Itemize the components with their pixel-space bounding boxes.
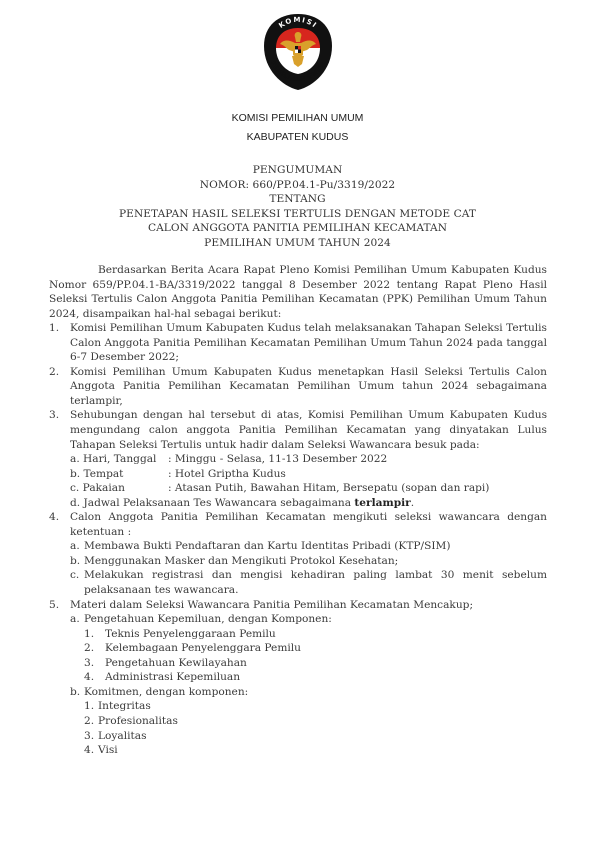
- material-group: a. Pengetahuan Kepemiluan, dengan Kompon…: [70, 612, 547, 627]
- intro-paragraph: Berdasarkan Berita Acara Rapat Pleno Kom…: [49, 263, 547, 321]
- requirement-item: b. Menggunakan Masker dan Mengikuti Prot…: [70, 554, 547, 569]
- institution-name: KOMISI PEMILIHAN UMUM: [0, 112, 595, 124]
- detail-row-date: a. Hari, Tanggal : Minggu - Selasa, 11-1…: [70, 452, 547, 467]
- item-text: Komisi Pemilihan Umum Kabupaten Kudus me…: [70, 366, 547, 407]
- material-group: b. Komitmen, dengan komponen:: [70, 685, 547, 700]
- detail-key: c. Pakaian: [70, 481, 168, 496]
- detail-value: : Minggu - Selasa, 11-13 Desember 2022: [168, 452, 547, 467]
- requirement-item: a. Membawa Bukti Pendaftaran dan Kartu I…: [70, 539, 547, 554]
- kpu-garuda-emblem-icon: KOMISI PEMILIHAN UMUM: [262, 12, 334, 92]
- item-text: Materi dalam Seleksi Wawancara Panitia P…: [70, 599, 473, 611]
- detail-key: a. Hari, Tanggal: [70, 452, 168, 467]
- detail-key: b. Tempat: [70, 467, 168, 482]
- detail-row-attire: c. Pakaian : Atasan Putih, Bawahan Hitam…: [70, 481, 547, 496]
- detail-value: : Hotel Griptha Kudus: [168, 467, 547, 482]
- item-number: 5.: [49, 598, 59, 613]
- announcement-body: Berdasarkan Berita Acara Rapat Pleno Kom…: [49, 263, 547, 758]
- component-item: 2.Profesionalitas: [84, 714, 547, 729]
- component-item: 1.Teknis Penyelenggaraan Pemilu: [84, 627, 547, 642]
- list-item: 3. Sehubungan dengan hal tersebut di ata…: [49, 408, 547, 452]
- title-type: PENGUMUMAN: [0, 163, 595, 178]
- detail-value: : Atasan Putih, Bawahan Hitam, Bersepatu…: [168, 481, 547, 496]
- list-item: 5. Materi dalam Seleksi Wawancara Paniti…: [49, 598, 547, 613]
- item-text: Sehubungan dengan hal tersebut di atas, …: [70, 409, 547, 450]
- title-subject-3: PEMILIHAN UMUM TAHUN 2024: [0, 236, 595, 251]
- requirement-item: c. Melakukan registrasi dan mengisi keha…: [70, 568, 547, 597]
- detail-row-schedule: d. Jadwal Pelaksanaan Tes Wawancara seba…: [70, 496, 547, 511]
- component-item: 3.Pengetahuan Kewilayahan: [84, 656, 547, 671]
- list-item: 2. Komisi Pemilihan Umum Kabupaten Kudus…: [49, 365, 547, 409]
- component-item: 4.Visi: [84, 743, 547, 758]
- item-number: 4.: [49, 510, 59, 525]
- list-item: 4. Calon Anggota Panitia Pemilihan Kecam…: [49, 510, 547, 539]
- attachment-reference: terlampir: [354, 497, 410, 509]
- title-subject-2: CALON ANGGOTA PANITIA PEMILIHAN KECAMATA…: [0, 221, 595, 236]
- announcement-title: PENGUMUMAN NOMOR: 660/PP.04.1-Pu/3319/20…: [0, 163, 595, 251]
- title-about: TENTANG: [0, 192, 595, 207]
- title-number: NOMOR: 660/PP.04.1-Pu/3319/2022: [0, 178, 595, 193]
- detail-row-place: b. Tempat : Hotel Griptha Kudus: [70, 467, 547, 482]
- item-number: 2.: [49, 365, 59, 380]
- item-number: 1.: [49, 321, 59, 336]
- component-item: 1.Integritas: [84, 699, 547, 714]
- institution-region: KABUPATEN KUDUS: [0, 131, 595, 143]
- list-item: 1. Komisi Pemilihan Umum Kabupaten Kudus…: [49, 321, 547, 365]
- title-subject-1: PENETAPAN HASIL SELEKSI TERTULIS DENGAN …: [0, 207, 595, 222]
- component-item: 4.Administrasi Kepemiluan: [84, 670, 547, 685]
- item-text: Komisi Pemilihan Umum Kabupaten Kudus te…: [70, 322, 547, 363]
- component-item: 3.Loyalitas: [84, 729, 547, 744]
- item-text: Calon Anggota Panitia Pemilihan Kecamata…: [70, 511, 547, 538]
- component-item: 2.Kelembagaan Penyelenggara Pemilu: [84, 641, 547, 656]
- item-number: 3.: [49, 408, 59, 423]
